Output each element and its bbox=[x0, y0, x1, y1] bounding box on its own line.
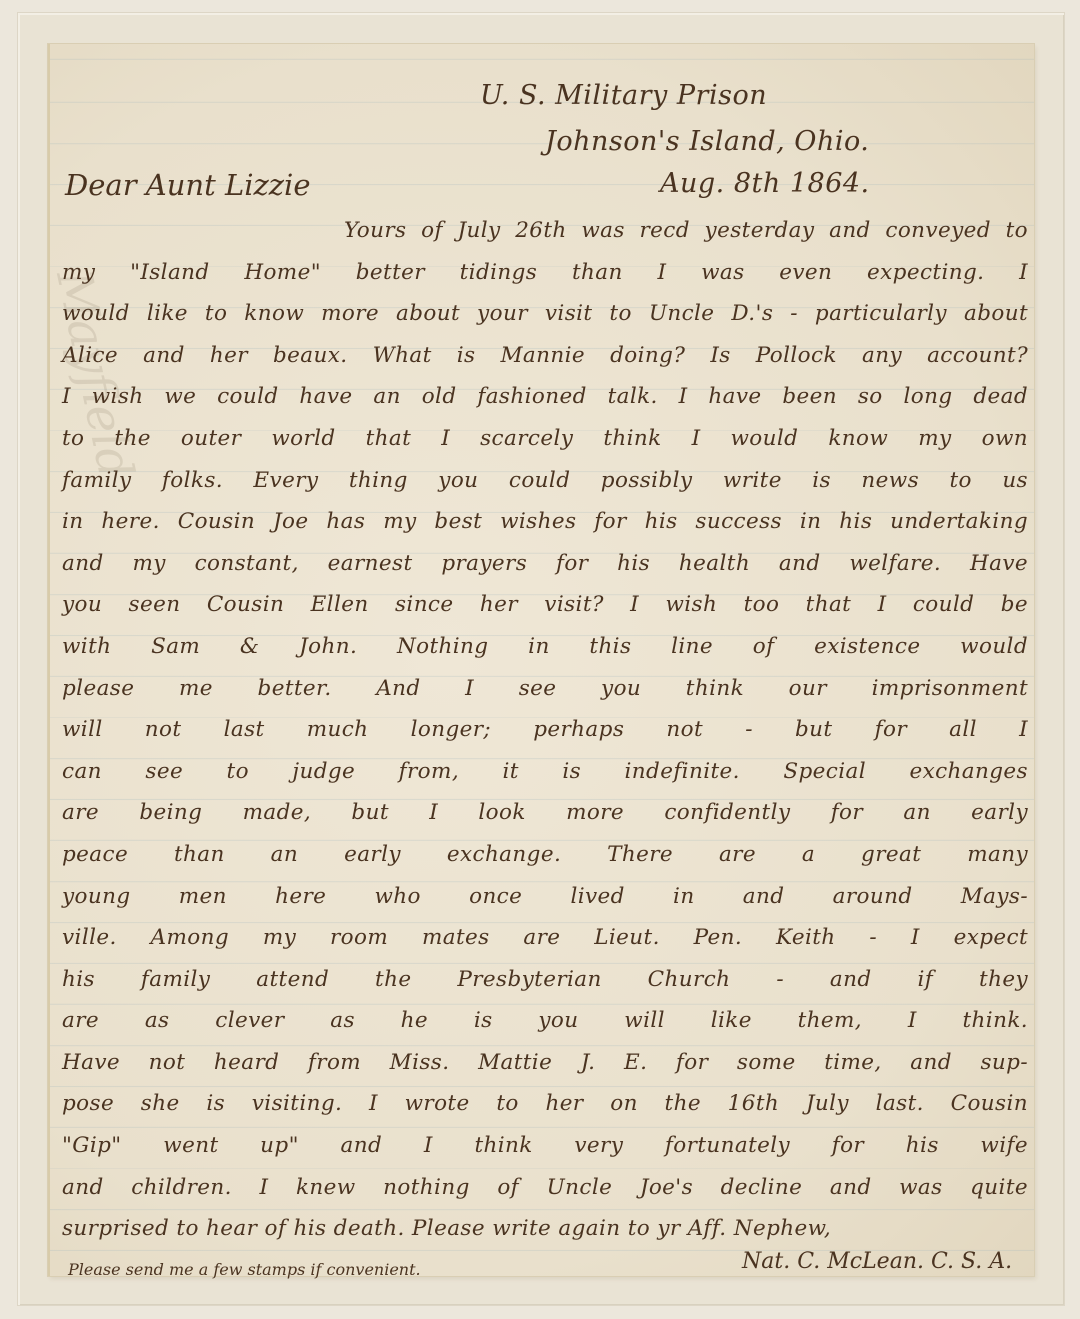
body-line: his family attend the Presbyterian Churc… bbox=[62, 959, 1028, 1001]
body-line: with Sam & John. Nothing in this line of… bbox=[62, 626, 1028, 668]
body-line: are being made, but I look more confiden… bbox=[62, 792, 1028, 834]
body-line: and my constant, earnest prayers for his… bbox=[62, 543, 1028, 585]
body-line: pose she is visiting. I wrote to her on … bbox=[62, 1083, 1028, 1125]
signature: Nat. C. McLean. C. S. A. bbox=[742, 1249, 1012, 1274]
body-line: please me better. And I see you think ou… bbox=[62, 668, 1028, 710]
body-line: you seen Cousin Ellen since her visit? I… bbox=[62, 584, 1028, 626]
body-line: family folks. Every thing you could poss… bbox=[62, 460, 1028, 502]
salutation: Dear Aunt Lizzie bbox=[65, 168, 310, 202]
body-line: are as clever as he is you will like the… bbox=[62, 1000, 1028, 1042]
body-line: will not last much longer; perhaps not -… bbox=[62, 709, 1028, 751]
body-line: Alice and her beaux. What is Mannie doin… bbox=[62, 335, 1028, 377]
body-line: can see to judge from, it is indefinite.… bbox=[62, 751, 1028, 793]
letter-body: Yours of July 26th was recd yesterday an… bbox=[62, 210, 1028, 1250]
body-line: surprised to hear of his death. Please w… bbox=[62, 1208, 1028, 1250]
body-line: in here. Cousin Joe has my best wishes f… bbox=[62, 501, 1028, 543]
body-line: "Gip" went up" and I think very fortunat… bbox=[62, 1125, 1028, 1167]
body-line: to the outer world that I scarcely think… bbox=[62, 418, 1028, 460]
body-line: Yours of July 26th was recd yesterday an… bbox=[62, 210, 1028, 252]
heading-prison: U. S. Military Prison bbox=[480, 82, 767, 109]
body-line: Have not heard from Miss. Mattie J. E. f… bbox=[62, 1042, 1028, 1084]
body-line: my "Island Home" better tidings than I w… bbox=[62, 252, 1028, 294]
body-line: and children. I knew nothing of Uncle Jo… bbox=[62, 1167, 1028, 1209]
body-line: peace than an early exchange. There are … bbox=[62, 834, 1028, 876]
body-line: young men here who once lived in and aro… bbox=[62, 876, 1028, 918]
body-line: ville. Among my room mates are Lieut. Pe… bbox=[62, 917, 1028, 959]
heading-location: Johnson's Island, Ohio. bbox=[545, 128, 869, 155]
heading-date: Aug. 8th 1864. bbox=[660, 170, 870, 197]
body-line: would like to know more about your visit… bbox=[62, 293, 1028, 335]
body-line: I wish we could have an old fashioned ta… bbox=[62, 376, 1028, 418]
postscript: Please send me a few stamps if convenien… bbox=[68, 1260, 421, 1279]
